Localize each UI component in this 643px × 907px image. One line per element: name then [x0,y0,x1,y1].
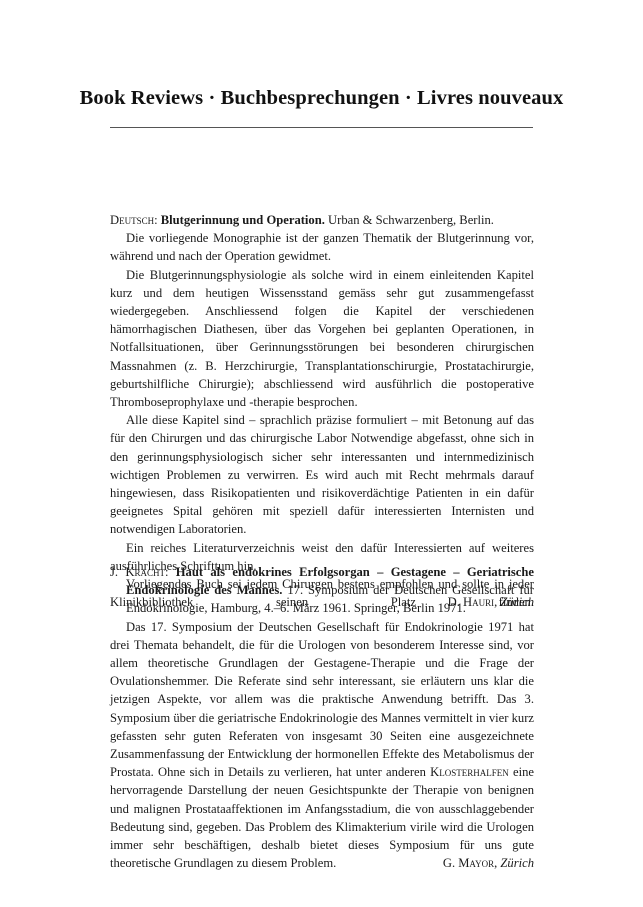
review-citation: Deutsch: Blutgerinnung und Operation. Ur… [110,211,534,229]
review-citation: J. Kracht: Haut als endokrines Erfolgsor… [110,563,534,618]
book-publisher: Urban & Schwarzenberg, Berlin. [325,213,494,227]
book-author: J. Kracht [110,565,165,579]
review-paragraph: Das 17. Symposium der Deutschen Gesellsc… [110,618,534,873]
book-review-deutsch: Deutsch: Blutgerinnung und Operation. Ur… [110,211,534,611]
review-paragraph: Alle diese Kapitel sind – sprachlich prä… [110,411,534,538]
book-author: Deutsch [110,213,154,227]
reviewer-city: Zürich [500,856,534,870]
book-title: Blutgerinnung und Operation. [161,213,325,227]
page-header-title: Book Reviews · Buchbesprechungen · Livre… [0,87,643,110]
cited-author: Klosterhalfen [430,765,509,779]
book-review-kracht: J. Kracht: Haut als endokrines Erfolgsor… [110,563,534,872]
review-paragraph: Die vorliegende Monographie ist der ganz… [110,229,534,265]
header-divider [110,127,533,128]
review-paragraph: Die Blutgerinnungsphysiologie als solche… [110,266,534,412]
reviewer-name: G. Mayor [443,856,494,870]
